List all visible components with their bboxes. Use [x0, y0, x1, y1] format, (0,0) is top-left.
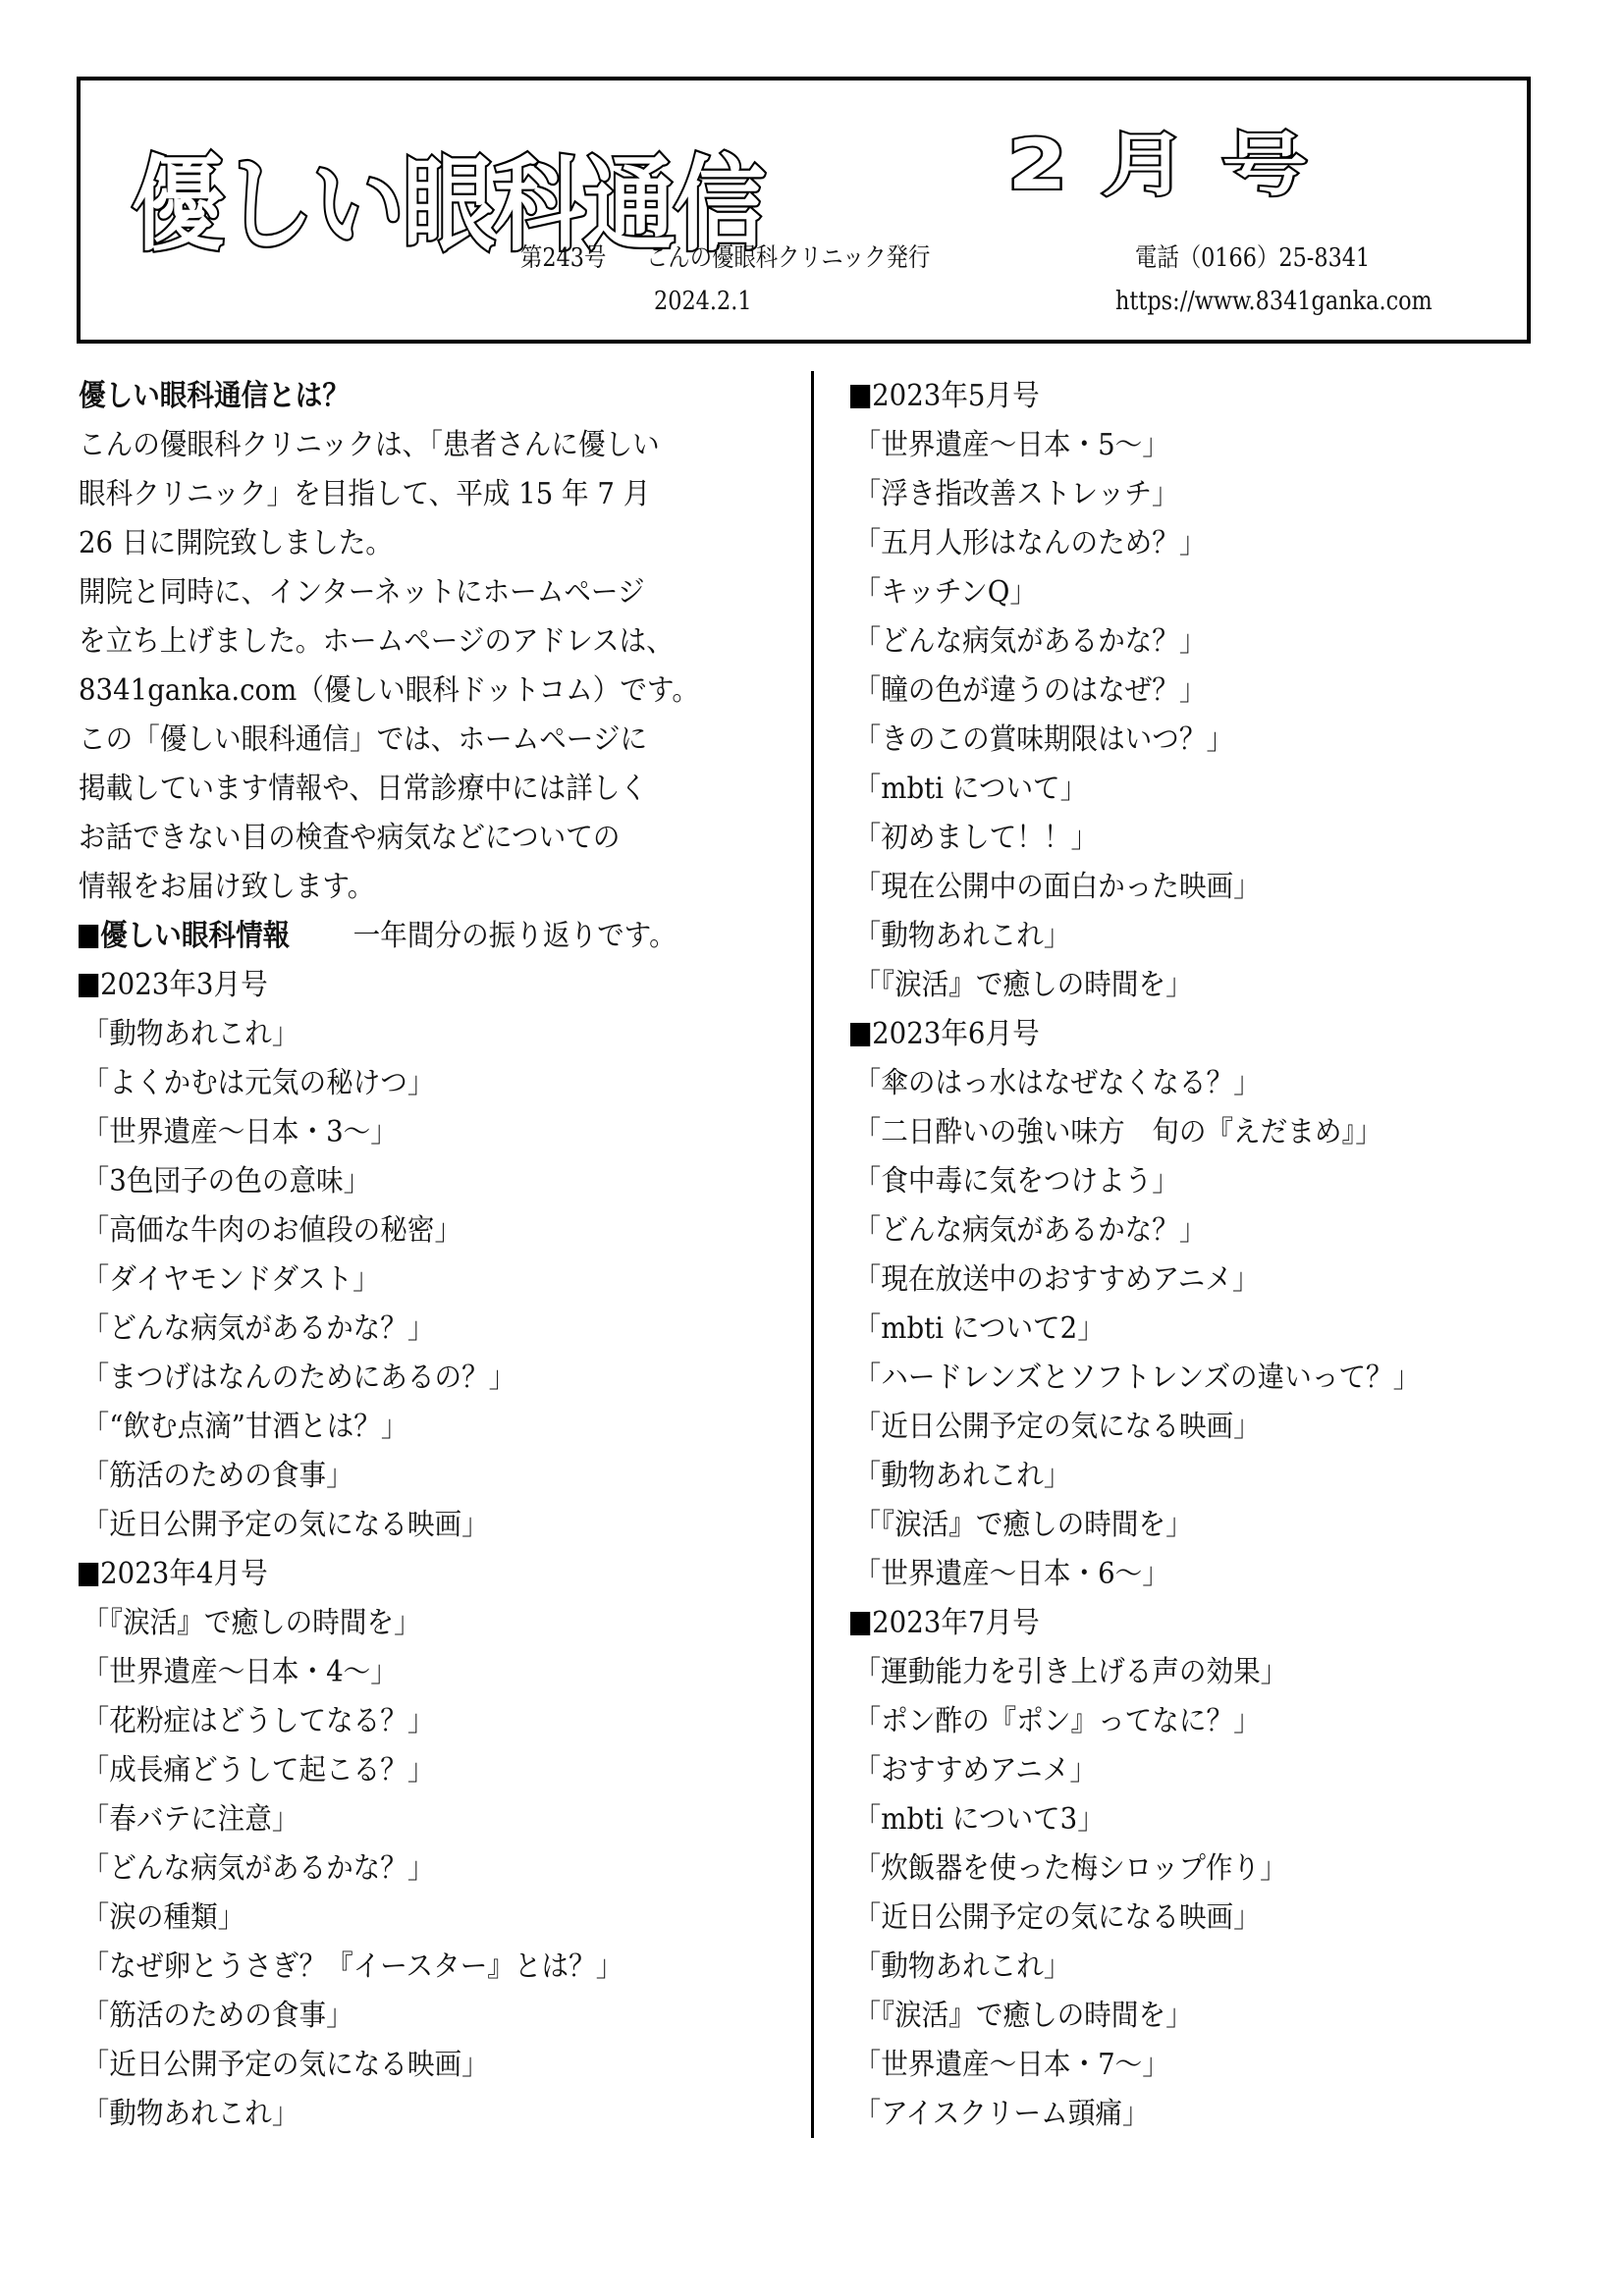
article-item: 「『涙活』で癒しの時間を」 — [850, 1504, 1483, 1553]
article-item: 「現在公開中の面白かった映画」 — [850, 866, 1483, 915]
article-item: 「mbti について2」 — [850, 1308, 1483, 1357]
article-item: 「mbti について」 — [850, 768, 1483, 817]
article-item: 「mbti について3」 — [850, 1798, 1483, 1847]
article-item: 「食中毒に気をつけよう」 — [850, 1160, 1483, 1209]
article-item: 「ダイヤモンドダスト」 — [79, 1258, 742, 1308]
article-item: 「運動能力を引き上げる声の効果」 — [850, 1651, 1483, 1700]
article-item: 「現在放送中のおすすめアニメ」 — [850, 1258, 1483, 1308]
article-item: 「どんな病気があるかな？」 — [850, 1209, 1483, 1258]
article-item: 「傘のはっ水はなぜなくなる？」 — [850, 1062, 1483, 1111]
article-item: 「近日公開予定の気になる映画」 — [79, 1504, 742, 1553]
article-item: 「動物あれこれ」 — [850, 915, 1483, 964]
issue-heading: 2023年7月号 — [850, 1602, 1483, 1651]
website-url: https://www.8341ganka.com — [1115, 287, 1433, 316]
issue-month-label: 2月号 — [1007, 110, 1342, 209]
square-bullet-icon — [79, 974, 98, 997]
masthead: 優しい眼科通信 2月号 第243号 こんの優眼科クリニック発行 電話（0166）… — [77, 77, 1531, 344]
article-item: 「世界遺産～日本・5～」 — [850, 424, 1483, 473]
intro-line: 開院と同時に、インターネットにホームページ — [79, 571, 742, 620]
article-item: 「花粉症はどうしてなる？」 — [79, 1700, 742, 1749]
article-item: 「五月人形はなんのため？」 — [850, 522, 1483, 571]
issue-heading: 2023年5月号 — [850, 375, 1483, 424]
article-item: 「二日酔いの強い味方 旬の『えだまめ』」 — [850, 1111, 1483, 1160]
article-item: 「近日公開予定の気になる映画」 — [79, 2044, 742, 2093]
article-item: 「ポン酢の『ポン』ってなに？」 — [850, 1700, 1483, 1749]
right-column: 2023年5月号 「世界遺産～日本・5～」 「浮き指改善ストレッチ」 「五月人形… — [850, 375, 1538, 2142]
article-item: 「まつげはなんのためにあるの？」 — [79, 1357, 742, 1406]
article-item: 「ハードレンズとソフトレンズの違いって？」 — [850, 1357, 1483, 1406]
article-item: 「よくかむは元気の秘けつ」 — [79, 1062, 742, 1111]
intro-line: 情報をお届け致します。 — [79, 866, 742, 915]
intro-line: この「優しい眼科通信」では、ホームページに — [79, 719, 742, 768]
publisher: こんの優眼科クリニック発行 — [646, 238, 930, 274]
column-divider — [811, 371, 814, 2138]
intro-heading: 優しい眼科通信とは？ — [79, 375, 742, 424]
article-item: 「どんな病気があるかな？」 — [79, 1308, 742, 1357]
article-item: 「『涙活』で癒しの時間を」 — [850, 1995, 1483, 2044]
intro-line: を立ち上げました。ホームページのアドレスは、 — [79, 620, 742, 669]
square-bullet-icon — [79, 925, 98, 948]
article-item: 「アイスクリーム頭痛」 — [850, 2093, 1483, 2142]
square-bullet-icon — [850, 385, 870, 408]
issue-heading: 2023年6月号 — [850, 1013, 1483, 1062]
article-item: 「『涙活』で癒しの時間を」 — [850, 964, 1483, 1013]
article-item: 「動物あれこれ」 — [79, 1013, 742, 1062]
article-item: 「涙の種類」 — [79, 1896, 742, 1946]
intro-line: 26 日に開院致しました。 — [79, 522, 742, 571]
article-item: 「近日公開予定の気になる映画」 — [850, 1896, 1483, 1946]
issue-heading: 2023年4月号 — [79, 1553, 742, 1602]
intro-line: こんの優眼科クリニックは、「患者さんに優しい — [79, 424, 742, 473]
article-item: 「高価な牛肉のお値段の秘密」 — [79, 1209, 742, 1258]
article-item: 「成長痛どうして起こる？」 — [79, 1749, 742, 1798]
issue-number: 第243号 — [520, 238, 606, 274]
review-subtitle: 一年間分の振り返りです。 — [353, 919, 677, 953]
article-item: 「春バテに注意」 — [79, 1798, 742, 1847]
article-item: 「動物あれこれ」 — [79, 2093, 742, 2142]
article-item: 「世界遺産～日本・4～」 — [79, 1651, 742, 1700]
article-item: 「どんな病気があるかな？」 — [850, 620, 1483, 669]
article-item: 「浮き指改善ストレッチ」 — [850, 473, 1483, 522]
issue-date: 2024.2.1 — [654, 287, 752, 316]
article-item: 「動物あれこれ」 — [850, 1946, 1483, 1995]
review-heading: 優しい眼科情報 — [100, 919, 290, 953]
article-item: 「世界遺産～日本・3～」 — [79, 1111, 742, 1160]
review-heading-row: 優しい眼科情報一年間分の振り返りです。 — [79, 915, 742, 964]
article-item: 「おすすめアニメ」 — [850, 1749, 1483, 1798]
square-bullet-icon — [850, 1023, 870, 1046]
left-column: 優しい眼科通信とは？ こんの優眼科クリニックは、「患者さんに優しい 眼科クリニッ… — [79, 375, 800, 2142]
article-item: 「炊飯器を使った梅シロップ作り」 — [850, 1847, 1483, 1896]
article-item: 「なぜ卵とうさぎ？『イースター』とは？」 — [79, 1946, 742, 1995]
intro-line: 8341ganka.com（優しい眼科ドットコム）です。 — [79, 669, 742, 719]
article-item: 「世界遺産～日本・6～」 — [850, 1553, 1483, 1602]
intro-line: 掲載しています情報や、日常診療中には詳しく — [79, 768, 742, 817]
phone-number: 電話（0166）25-8341 — [1135, 238, 1370, 274]
article-item: 「世界遺産～日本・7～」 — [850, 2044, 1483, 2093]
square-bullet-icon — [850, 1612, 870, 1635]
article-item: 「筋活のための食事」 — [79, 1995, 742, 2044]
intro-line: お話できない目の検査や病気などについての — [79, 817, 742, 866]
article-item: 「動物あれこれ」 — [850, 1455, 1483, 1504]
issue-heading: 2023年3月号 — [79, 964, 742, 1013]
article-item: 「筋活のための食事」 — [79, 1455, 742, 1504]
article-item: 「“飲む点滴”甘酒とは？」 — [79, 1406, 742, 1455]
article-item: 「瞳の色が違うのはなぜ？」 — [850, 669, 1483, 719]
square-bullet-icon — [79, 1563, 98, 1586]
article-item: 「初めまして！！」 — [850, 817, 1483, 866]
article-item: 「3色団子の色の意味」 — [79, 1160, 742, 1209]
article-item: 「近日公開予定の気になる映画」 — [850, 1406, 1483, 1455]
article-item: 「『涙活』で癒しの時間を」 — [79, 1602, 742, 1651]
article-item: 「キッチンQ」 — [850, 571, 1483, 620]
article-item: 「どんな病気があるかな？」 — [79, 1847, 742, 1896]
intro-line: 眼科クリニック」を目指して、平成 15 年 7 月 — [79, 473, 742, 522]
article-item: 「きのこの賞味期限はいつ？」 — [850, 719, 1483, 768]
